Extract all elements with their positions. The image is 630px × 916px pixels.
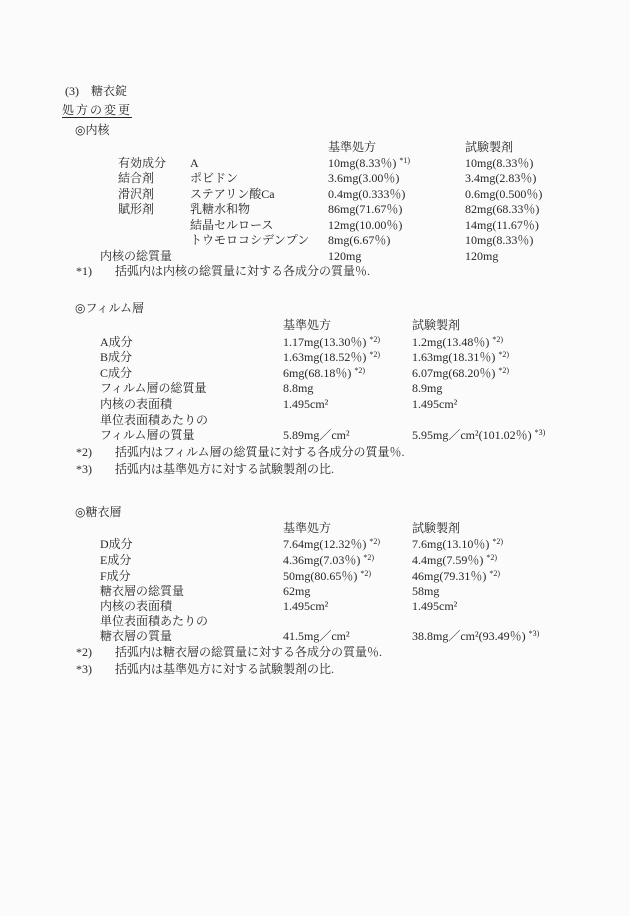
test-value: 82mg(68.33％) <box>465 202 542 218</box>
standard-value: 5.89mg／cm² <box>283 428 353 444</box>
core-section-heading-row: ◎内核 <box>0 123 630 139</box>
footnote-row: *3) 括弧内は基準処方に対する試験製剤の比. <box>0 662 630 678</box>
component-label: 内核の表面積 <box>100 599 172 614</box>
footnote-text: 括弧内は糖衣層の総質量に対する各成分の質量％. <box>115 645 382 660</box>
test-value: 1.2mg(13.48％)*2) <box>412 335 503 351</box>
ingredient-role: 有効成分 <box>118 156 166 171</box>
standard-value: 4.36mg(7.03％)*2) <box>283 553 374 569</box>
test-value: 1.63mg(18.31％)*2) <box>412 350 509 366</box>
test-value: 38.8mg／cm²(93.49％)*3) <box>412 629 539 645</box>
ingredient-role: 滑沢剤 <box>118 187 154 202</box>
document-page: (3) 糖衣錠 処方の変更 ◎内核 基準処方 試験製剤 有効成分 A 10mg(… <box>0 0 630 916</box>
standard-value: 3.6mg(3.00％) <box>328 171 402 187</box>
standard-value: 6mg(68.18％)*2) <box>283 366 365 382</box>
test-value: 4.4mg(7.59％)*2) <box>412 553 497 569</box>
film-column-header-row: 基準処方 試験製剤 <box>0 318 630 334</box>
unit-area-label-line1: 単位表面積あたりの <box>100 614 208 629</box>
title-row: (3) 糖衣錠 <box>0 84 630 100</box>
table-row: 内核の表面積 1.495cm² 1.495cm² <box>0 397 630 413</box>
core-column-header-row: 基準処方 試験製剤 <box>0 140 630 156</box>
column-header-test: 試験製剤 <box>412 521 460 536</box>
test-value: 1.495cm² <box>412 599 457 614</box>
component-label: F成分 <box>100 569 131 584</box>
component-label: A成分 <box>100 335 133 350</box>
table-row: A成分 1.17mg(13.30％)*2) 1.2mg(13.48％)*2) <box>0 335 630 351</box>
footnote-ref: *3) <box>535 428 546 437</box>
footnote-ref: *2) <box>369 537 380 546</box>
test-value: 10mg(8.33％) <box>465 156 536 172</box>
footnote-ref: *2) <box>363 553 374 562</box>
test-value: 8.9mg <box>412 381 442 396</box>
component-label: B成分 <box>100 350 132 365</box>
table-row: 有効成分 A 10mg(8.33％)*1) 10mg(8.33％) <box>0 156 630 172</box>
footnote-marker: *3) <box>76 662 92 677</box>
film-section-heading: ◎フィルム層 <box>75 301 144 316</box>
total-label: 内核の総質量 <box>100 249 172 264</box>
ingredient-name: トウモロコシデンプン <box>190 233 309 248</box>
ingredient-name: ステアリン酸Ca <box>190 187 275 202</box>
standard-value: 0.4mg(0.333％) <box>328 187 408 203</box>
footnote-ref: *2) <box>369 350 380 359</box>
unit-area-label-line2: 糖衣層の質量 <box>100 629 172 644</box>
total-row: 内核の総質量 120mg 120mg <box>0 249 630 265</box>
component-label: D成分 <box>100 537 133 552</box>
footnote-marker: *3) <box>76 462 92 477</box>
sugar-column-header-row: 基準処方 試験製剤 <box>0 521 630 537</box>
table-row: トウモロコシデンプン 8mg(6.67％) 10mg(8.33％) <box>0 233 630 249</box>
footnote-ref: *2) <box>492 335 503 344</box>
core-section-heading: ◎内核 <box>75 123 109 138</box>
footnote-ref: *2) <box>486 553 497 562</box>
test-value: 6.07mg(68.20％)*2) <box>412 366 509 382</box>
standard-value: 50mg(80.65％)*2) <box>283 569 371 585</box>
table-row: E成分 4.36mg(7.03％)*2) 4.4mg(7.59％)*2) <box>0 553 630 569</box>
standard-value: 41.5mg／cm² <box>283 629 353 645</box>
component-label: 糖衣層の総質量 <box>100 584 184 599</box>
standard-value: 7.64mg(12.32％)*2) <box>283 537 380 553</box>
ingredient-name: A <box>190 156 199 171</box>
page-title: (3) 糖衣錠 <box>65 84 127 99</box>
table-row: 結合剤 ポビドン 3.6mg(3.00％) 3.4mg(2.83％) <box>0 171 630 187</box>
footnote-ref: *1) <box>399 156 410 165</box>
test-value: 46mg(79.31％)*2) <box>412 569 500 585</box>
sugar-section-heading: ◎糖衣層 <box>75 505 121 520</box>
table-row: 内核の表面積 1.495cm² 1.495cm² <box>0 599 630 615</box>
page-subtitle: 処方の変更 <box>62 103 132 118</box>
component-label: C成分 <box>100 366 132 381</box>
film-section-heading-row: ◎フィルム層 <box>0 301 630 317</box>
footnote-ref: *2) <box>489 569 500 578</box>
standard-value: 8.8mg <box>283 381 313 396</box>
column-header-standard: 基準処方 <box>283 521 331 536</box>
test-value: 7.6mg(13.10％)*2) <box>412 537 503 553</box>
footnote-ref: *2) <box>369 335 380 344</box>
standard-value: 8mg(6.67％) <box>328 233 393 249</box>
test-value: 120mg <box>465 249 498 264</box>
unit-value-row: フィルム層の質量 5.89mg／cm² 5.95mg／cm²(101.02％)*… <box>0 428 630 444</box>
table-row: B成分 1.63mg(18.52％)*2) 1.63mg(18.31％)*2) <box>0 350 630 366</box>
footnote-marker: *2) <box>76 445 92 460</box>
component-label: 内核の表面積 <box>100 397 172 412</box>
test-value: 0.6mg(0.500％) <box>465 187 545 203</box>
test-value: 14mg(11.67％) <box>465 218 542 234</box>
footnote-ref: *2) <box>498 366 509 375</box>
component-label: フィルム層の総質量 <box>100 381 207 396</box>
test-value: 5.95mg／cm²(101.02％)*3) <box>412 428 545 444</box>
table-row: 結晶セルロース 12mg(10.00％) 14mg(11.67％) <box>0 218 630 234</box>
footnote-marker: *2) <box>76 645 92 660</box>
standard-value: 1.17mg(13.30％)*2) <box>283 335 380 351</box>
footnote-text: 括弧内は基準処方に対する試験製剤の比. <box>115 662 334 677</box>
table-row: 賦形剤 乳糖水和物 86mg(71.67％) 82mg(68.33％) <box>0 202 630 218</box>
component-label: E成分 <box>100 553 131 568</box>
footnote-ref: *2) <box>492 537 503 546</box>
footnote-text: 括弧内は基準処方に対する試験製剤の比. <box>115 462 334 477</box>
standard-value: 1.63mg(18.52％)*2) <box>283 350 380 366</box>
standard-value: 86mg(71.67％) <box>328 202 405 218</box>
table-row: 滑沢剤 ステアリン酸Ca 0.4mg(0.333％) 0.6mg(0.500％) <box>0 187 630 203</box>
ingredient-name: 乳糖水和物 <box>190 202 250 217</box>
footnote-row: *3) 括弧内は基準処方に対する試験製剤の比. <box>0 462 630 478</box>
footnote-row: *2) 括弧内は糖衣層の総質量に対する各成分の質量％. <box>0 645 630 661</box>
test-value: 10mg(8.33％) <box>465 233 536 249</box>
footnote-text: 括弧内はフィルム層の総質量に対する各成分の質量％. <box>115 445 405 460</box>
ingredient-name: 結晶セルロース <box>190 218 273 233</box>
standard-value: 62mg <box>283 584 310 599</box>
sugar-section-heading-row: ◎糖衣層 <box>0 505 630 521</box>
unit-label-row: 単位表面積あたりの <box>0 614 630 630</box>
table-row: D成分 7.64mg(12.32％)*2) 7.6mg(13.10％)*2) <box>0 537 630 553</box>
column-header-standard: 基準処方 <box>328 140 376 155</box>
standard-value: 1.495cm² <box>283 599 328 614</box>
unit-value-row: 糖衣層の質量 41.5mg／cm² 38.8mg／cm²(93.49％)*3) <box>0 629 630 645</box>
standard-value: 10mg(8.33％)*1) <box>328 156 410 172</box>
table-row: C成分 6mg(68.18％)*2) 6.07mg(68.20％)*2) <box>0 366 630 382</box>
unit-label-row: 単位表面積あたりの <box>0 413 630 429</box>
unit-area-label-line1: 単位表面積あたりの <box>100 413 208 428</box>
column-header-test: 試験製剤 <box>412 318 460 333</box>
ingredient-role: 結合剤 <box>118 171 154 186</box>
footnote-row: *1) 括弧内は内核の総質量に対する各成分の質量％. <box>0 264 630 280</box>
column-header-test: 試験製剤 <box>465 140 513 155</box>
footnote-ref: *2) <box>354 366 365 375</box>
footnote-marker: *1) <box>76 264 92 279</box>
unit-area-label-line2: フィルム層の質量 <box>100 428 195 443</box>
ingredient-name: ポビドン <box>190 171 238 186</box>
standard-value: 1.495cm² <box>283 397 328 412</box>
test-value: 58mg <box>412 584 439 599</box>
footnote-ref: *2) <box>498 350 509 359</box>
subtitle-row: 処方の変更 <box>0 103 630 119</box>
footnote-text: 括弧内は内核の総質量に対する各成分の質量％. <box>115 264 370 279</box>
table-row: F成分 50mg(80.65％)*2) 46mg(79.31％)*2) <box>0 569 630 585</box>
test-value: 3.4mg(2.83％) <box>465 171 539 187</box>
footnote-ref: *3) <box>529 629 540 638</box>
table-row: 糖衣層の総質量 62mg 58mg <box>0 584 630 600</box>
standard-value: 120mg <box>328 249 361 264</box>
footnote-row: *2) 括弧内はフィルム層の総質量に対する各成分の質量％. <box>0 445 630 461</box>
column-header-standard: 基準処方 <box>283 318 331 333</box>
test-value: 1.495cm² <box>412 397 457 412</box>
standard-value: 12mg(10.00％) <box>328 218 405 234</box>
ingredient-role: 賦形剤 <box>118 202 154 217</box>
table-row: フィルム層の総質量 8.8mg 8.9mg <box>0 381 630 397</box>
footnote-ref: *2) <box>360 569 371 578</box>
